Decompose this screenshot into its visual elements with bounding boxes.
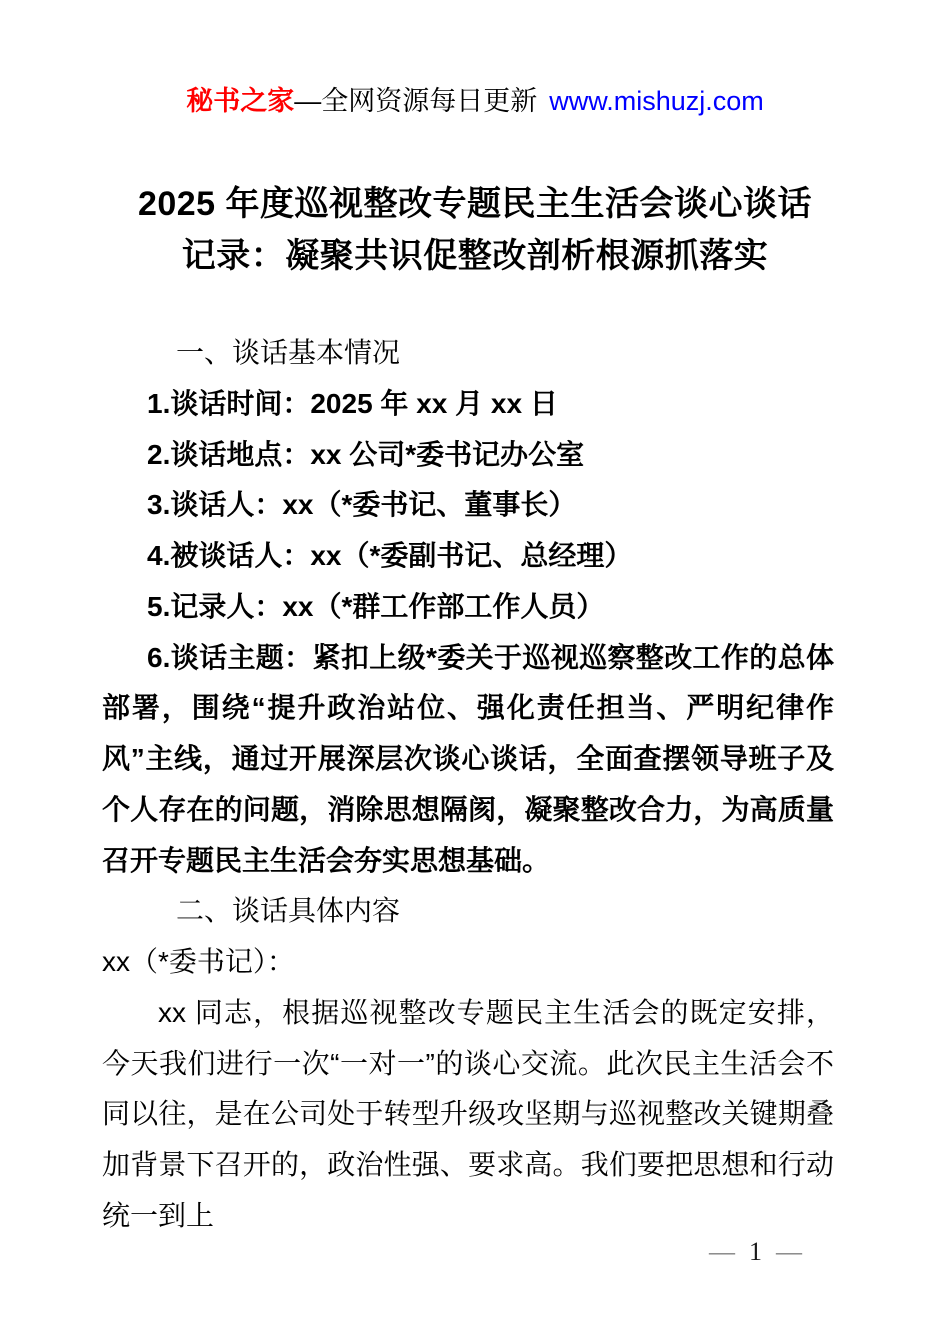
document-title-line-2: 记录：凝聚共识促整改剖析根源抓落实: [0, 230, 950, 282]
header-tagline: —全网资源每日更新: [294, 86, 537, 116]
document-title-line-1: 2025 年度巡视整改专题民主生活会谈心谈话: [0, 178, 950, 230]
document-body: 一、谈话基本情况 1.谈话时间：2025 年 xx 月 xx 日 2.谈话地点：…: [102, 328, 834, 1242]
info-item-interviewee: 4.被谈话人：xx（*委副书记、总经理）: [102, 531, 834, 582]
page-number-value: 1: [749, 1237, 762, 1266]
dialogue-paragraph: xx 同志，根据巡视整改专题民主生活会的既定安排，今天我们进行一次“一对一”的谈…: [102, 988, 834, 1242]
section-heading-2: 二、谈话具体内容: [102, 886, 834, 937]
document-title: 2025 年度巡视整改专题民主生活会谈心谈话 记录：凝聚共识促整改剖析根源抓落实: [0, 178, 950, 282]
info-item-interviewer: 3.谈话人：xx（*委书记、董事长）: [102, 480, 834, 531]
info-item-recorder: 5.记录人：xx（*群工作部工作人员）: [102, 582, 834, 633]
brand-text: 秘书之家: [186, 86, 294, 116]
page-number: —1—: [709, 1236, 802, 1268]
talk-topic-paragraph: 6.谈话主题：紧扣上级*委关于巡视巡察整改工作的总体部署，围绕“提升政治站位、强…: [102, 633, 834, 887]
info-item-place: 2.谈话地点：xx 公司*委书记办公室: [102, 430, 834, 481]
section-heading-1: 一、谈话基本情况: [102, 328, 834, 379]
page-number-dash-right: —: [776, 1237, 802, 1266]
website-url: www.mishuzj.com: [549, 86, 764, 116]
page-number-dash-left: —: [709, 1237, 735, 1266]
watermark-header: 秘书之家—全网资源每日更新www.mishuzj.com: [0, 84, 950, 118]
speaker-line: xx（*委书记）：: [102, 937, 834, 988]
info-item-time: 1.谈话时间：2025 年 xx 月 xx 日: [102, 379, 834, 430]
document-page: 秘书之家—全网资源每日更新www.mishuzj.com 2025 年度巡视整改…: [0, 0, 950, 1344]
